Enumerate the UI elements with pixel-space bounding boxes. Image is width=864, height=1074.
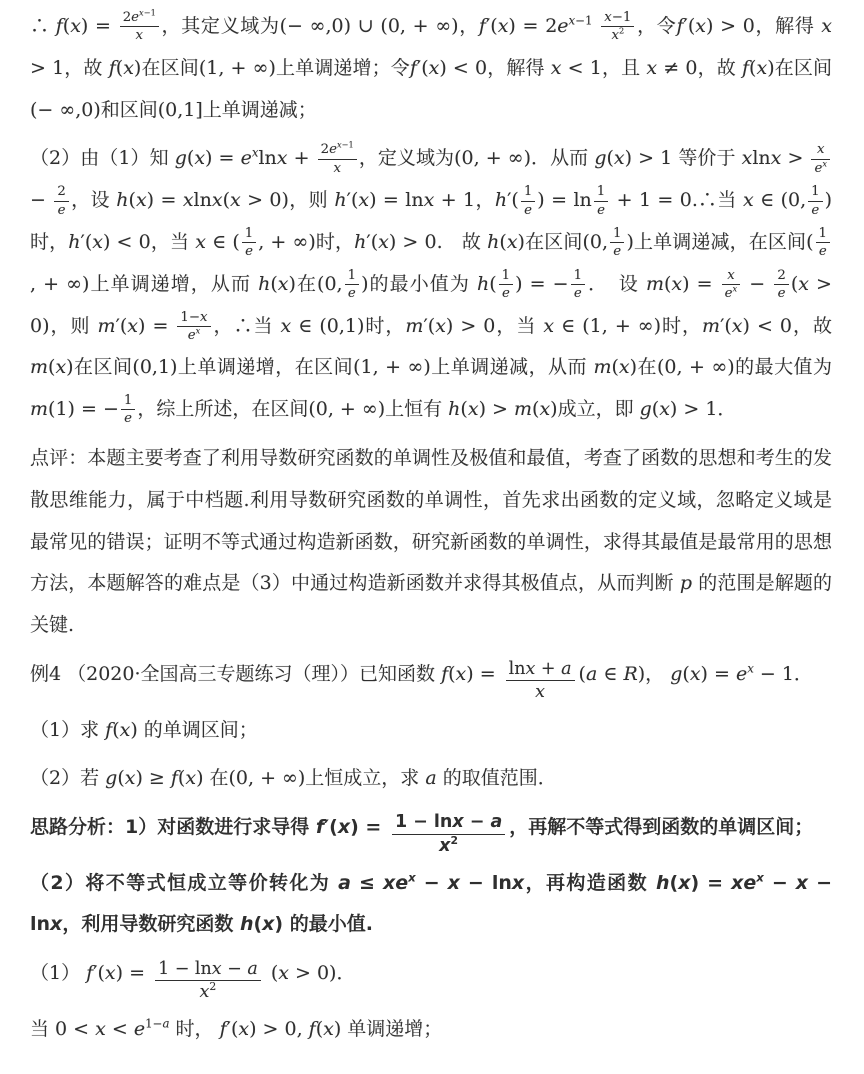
math-fraction: lnx + ax xyxy=(506,659,575,702)
math-fraction: 1e xyxy=(808,184,822,218)
math-fraction: 1e xyxy=(521,184,535,218)
math-superscript: x xyxy=(733,284,738,294)
math-superscript: 2 xyxy=(209,980,216,993)
math-fraction: 1e xyxy=(594,184,608,218)
math-superscript: x xyxy=(747,662,754,676)
math-fraction: xex xyxy=(722,268,741,302)
math-superscript: 2 xyxy=(619,26,624,36)
math-fraction: 1e xyxy=(499,268,513,302)
math-superscript: x xyxy=(196,325,201,335)
document-body: ∴ f(x) = 2ex−1x，其定义域为(− ∞,0) ∪ (0, + ∞)，… xyxy=(30,6,832,1051)
example4-problem-statement: 例4 （2020·全国高三专题练习（理））已知函数 f(x) = lnx + a… xyxy=(30,654,832,703)
math-superscript: 1−a xyxy=(145,1017,169,1031)
analysis-step2: （2）将不等式恒成立等价转化为 a ≤ xex − x − lnx，再构造函数 … xyxy=(30,863,832,947)
math-fraction: 1−xex xyxy=(177,310,210,344)
math-fraction: 1e xyxy=(571,268,585,302)
math-fraction: 1 − lnx − ax2 xyxy=(392,812,505,855)
math-fraction: 2e xyxy=(54,184,68,218)
solution-step1-derivative: （1） f′(x) = 1 − lnx − ax2 (x > 0)． xyxy=(30,953,832,1002)
math-fraction: 1e xyxy=(121,393,135,427)
comment-paragraph: 点评：本题主要考查了利用导数研究函数的单调性及极值和最值，考查了函数的思想和考生… xyxy=(30,438,832,647)
math-superscript: x xyxy=(822,158,827,168)
analysis-step1: 思路分析：1）对函数进行求导得 f′(x) = 1 − lnx − ax2，再解… xyxy=(30,807,832,856)
math-fraction: 1e xyxy=(610,226,624,260)
math-fraction: 1e xyxy=(242,226,256,260)
math-fraction: 1e xyxy=(816,226,830,260)
math-superscript: x xyxy=(408,870,416,884)
math-fraction: 2e xyxy=(774,268,788,302)
math-fraction: x−1x2 xyxy=(601,10,634,44)
math-fraction: xex xyxy=(811,142,830,176)
example4-question2: （2）若 g(x) ≥ f(x) 在(0, + ∞)上恒成立，求 a 的取值范围… xyxy=(30,758,832,800)
math-fraction: 2ex−1x xyxy=(120,10,159,44)
math-superscript: 2 xyxy=(450,834,458,847)
document-page: ∴ f(x) = 2ex−1x，其定义域为(− ∞,0) ∪ (0, + ∞)，… xyxy=(0,0,864,1074)
math-fraction: 2ex−1x xyxy=(318,142,357,176)
math-fraction: 1e xyxy=(345,268,359,302)
solution-part2-inequality: （2）由（1）知 g(x) = exlnx + 2ex−1x，定义域为(0, +… xyxy=(30,138,832,431)
solution-part1-monotonicity: ∴ f(x) = 2ex−1x，其定义域为(− ∞,0) ∪ (0, + ∞)，… xyxy=(30,6,832,131)
math-superscript: x−1 xyxy=(569,14,593,28)
math-superscript: x xyxy=(756,870,764,884)
math-fraction: 1 − lnx − ax2 xyxy=(155,959,261,1002)
solution-step1-increasing-interval: 当 0 < x < e1−a 时， f′(x) > 0, f(x) 单调递增； xyxy=(30,1009,832,1051)
example4-question1: （1）求 f(x) 的单调区间； xyxy=(30,710,832,752)
math-superscript: x−1 xyxy=(139,8,156,18)
math-superscript: x−1 xyxy=(337,140,354,150)
